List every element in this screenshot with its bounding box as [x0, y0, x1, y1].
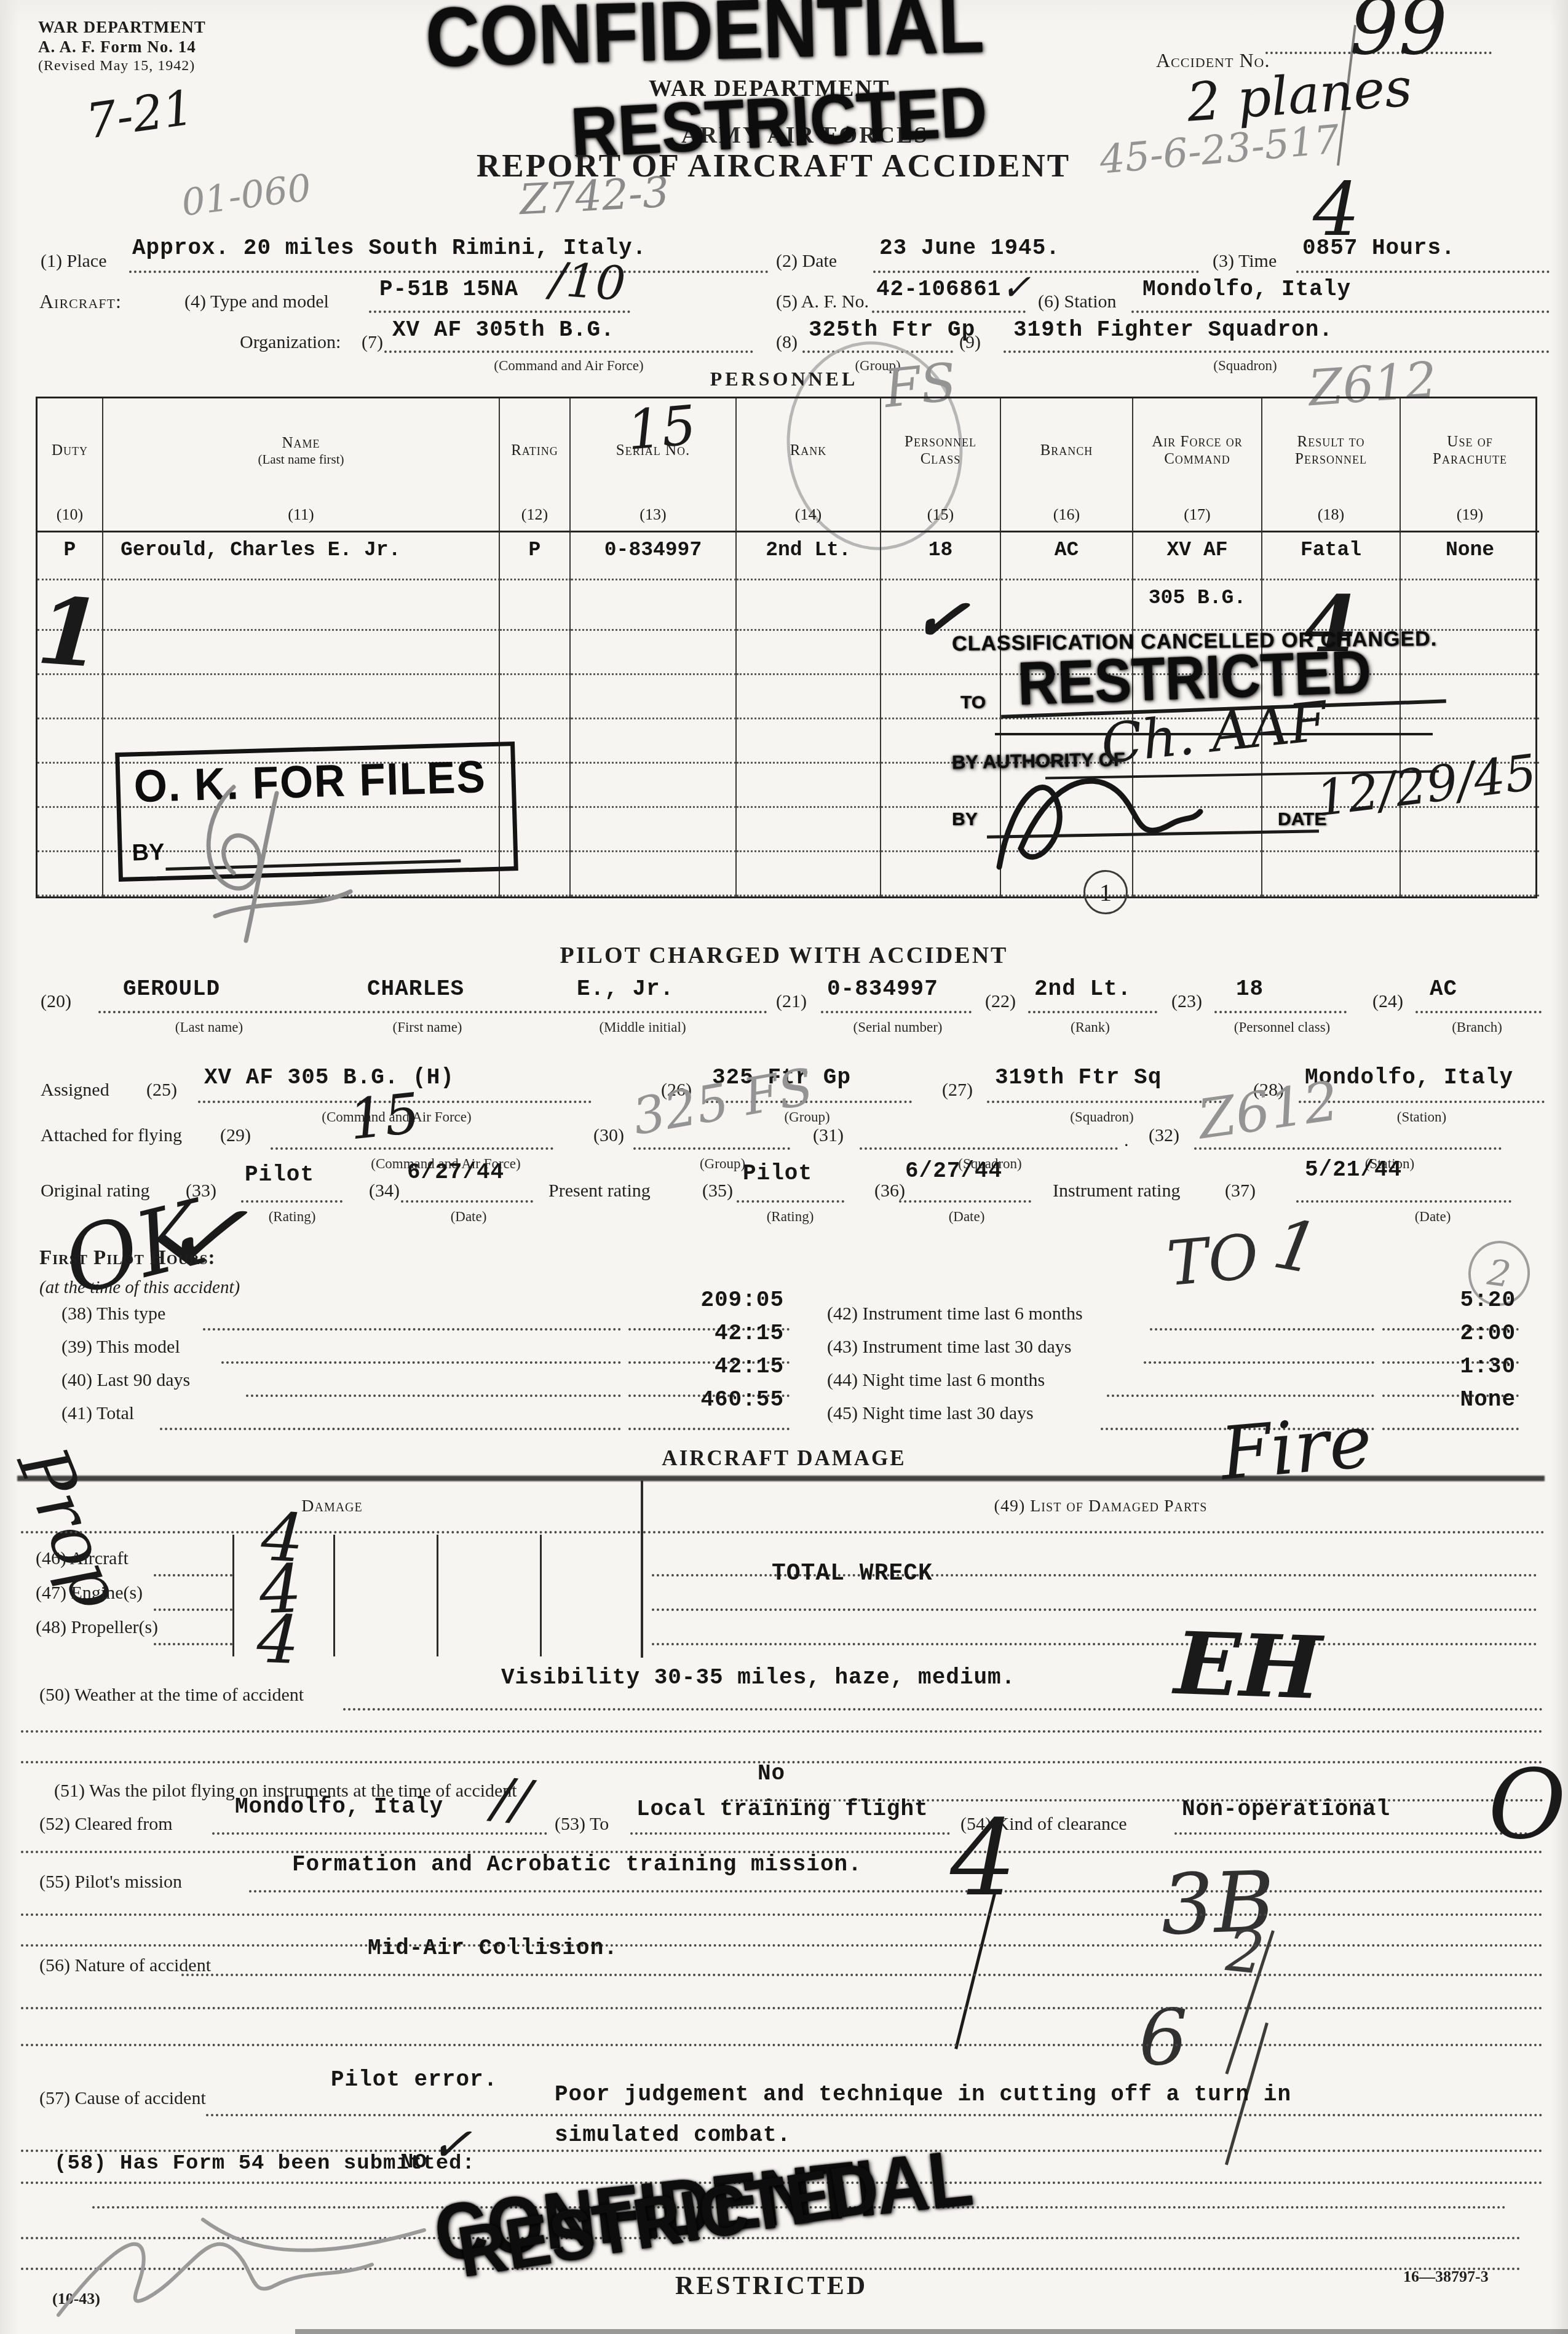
f52-line	[212, 1832, 547, 1835]
personnel-empty-cell	[737, 631, 881, 675]
col-label2: Class	[921, 451, 961, 468]
personnel-empty-cell	[737, 764, 881, 808]
pilot-rank: 2nd Lt.	[1034, 976, 1131, 1002]
personnel-empty-cell	[571, 675, 737, 719]
field-afno-line	[872, 311, 1026, 313]
f25-num: (25)	[146, 1080, 177, 1101]
field-station-line	[1131, 311, 1550, 313]
col-label2: Personnel	[1295, 451, 1367, 468]
f35-num: (35)	[702, 1181, 733, 1201]
f36-num: (36)	[874, 1181, 905, 1201]
f37-line	[1296, 1200, 1511, 1203]
field8-num: (8)	[776, 332, 798, 353]
form-id-number: A. A. F. Form No. 14	[38, 37, 206, 57]
f32-num: (32)	[1149, 1125, 1179, 1146]
field-time-label: (3) Time	[1213, 251, 1277, 272]
scanned-accident-report-page: WAR DEPARTMENT A. A. F. Form No. 14 (Rev…	[0, 0, 1568, 2334]
sub-34: (Date)	[413, 1209, 524, 1225]
row1-parachute: None	[1401, 532, 1539, 580]
f45-vdots	[1382, 1428, 1519, 1430]
f24-num: (24)	[1372, 991, 1403, 1012]
handwritten-type-suffix: /10	[548, 256, 627, 307]
pencil-to: TO	[1165, 1226, 1261, 1296]
f29-num: (29)	[220, 1125, 251, 1146]
scan-bottom-edge	[295, 2329, 1568, 2334]
field7-sublabel: (Command and Air Force)	[430, 358, 707, 374]
restricted-footer-text: RESTRICTED	[675, 2271, 868, 2301]
f43-value: 2:00	[1384, 1321, 1516, 1346]
sub-36: (Date)	[911, 1209, 1022, 1225]
sub-last-name: (Last name)	[132, 1019, 286, 1035]
col-name-num: (11)	[103, 503, 500, 532]
personnel-empty-cell	[1401, 675, 1539, 719]
ok-files-signature	[181, 772, 366, 950]
col-label: Air Force or	[1152, 433, 1242, 451]
damage-heavy-rule	[17, 1476, 1545, 1481]
field-station-label: (6) Station	[1038, 291, 1117, 312]
row47-dots	[154, 1608, 232, 1611]
f56-label: (56) Nature of accident	[39, 1955, 211, 1976]
f58-value: NO	[401, 2151, 427, 2174]
f53-line	[630, 1832, 950, 1835]
f52-handwritten-marks: //	[490, 1770, 533, 1829]
col-label2: Command	[1164, 451, 1230, 468]
weather-label: (50) Weather at the time of accident	[39, 1685, 304, 1706]
row1-class: 18	[881, 532, 1001, 580]
sub-35: (Rating)	[735, 1209, 845, 1225]
damaged-parts-value: TOTAL WRECK	[772, 1561, 933, 1587]
f38-dots	[203, 1328, 621, 1331]
f52-value: Mondolfo, Italy	[235, 1794, 443, 1819]
handwritten-duty-1: 1	[34, 585, 105, 681]
f44-dots	[1107, 1394, 1374, 1397]
pencil-case-date-code: 45-6-23-517	[1098, 120, 1341, 180]
field-afno-label: (5) A. F. No.	[776, 291, 869, 312]
footer-print-code-right: 16—38797-3	[1403, 2268, 1489, 2286]
personnel-empty-cell	[38, 764, 103, 808]
col-name-header: Name(Last name first)	[103, 398, 500, 503]
present-rating-date: 6/27/44	[905, 1158, 1002, 1184]
pilot-middle-initial: E., Jr.	[577, 976, 674, 1002]
f56-line	[181, 1974, 1543, 1976]
f22-line	[1028, 1011, 1157, 1013]
row2-parachute	[1401, 580, 1539, 631]
f54-value: Non-operational	[1182, 1797, 1390, 1822]
col-serial-num: (13)	[571, 503, 737, 532]
field-type-label: (4) Type and model	[184, 291, 329, 312]
accident-no-handwritten: 99	[1350, 0, 1447, 66]
row2-result: 4	[1262, 580, 1401, 631]
f57-label: (57) Cause of accident	[39, 2088, 206, 2109]
f31-line	[860, 1147, 1118, 1150]
f39-dots	[221, 1361, 621, 1364]
row1-duty: P	[38, 532, 103, 580]
f27-line	[987, 1101, 1227, 1103]
f43-label: (43) Instrument time last 30 days	[827, 1337, 1071, 1358]
field-date-value: 23 June 1945.	[879, 235, 1060, 261]
damage-subline-4	[540, 1535, 542, 1656]
f54-line	[1174, 1832, 1537, 1835]
pencil-6: 6	[1139, 2000, 1188, 2076]
blank-line-1	[21, 1730, 1543, 1733]
field-time-line	[1296, 271, 1550, 273]
personnel-empty-cell	[881, 808, 1001, 852]
handwritten-check-ratings: ✓	[156, 1181, 251, 1291]
personnel-empty-cell	[38, 808, 103, 852]
personnel-empty-cell	[1401, 852, 1539, 896]
personnel-empty-cell	[38, 719, 103, 764]
pencil-file-number: 01-060	[180, 169, 313, 221]
col-rating-num: (12)	[500, 503, 571, 532]
f20-line	[98, 1011, 767, 1013]
page-title: REPORT OF AIRCRAFT ACCIDENT	[477, 148, 1071, 184]
f37-num: (37)	[1225, 1181, 1256, 1201]
handwritten-corner-code: 7-21	[83, 84, 196, 146]
field-date-label: (2) Date	[776, 251, 837, 272]
sub-class: (Personnel class)	[1202, 1019, 1362, 1035]
damage-header-rule-right	[643, 1531, 1545, 1533]
f42-dots	[1150, 1328, 1374, 1331]
f23-line	[1214, 1011, 1347, 1013]
attached-label: Attached for flying	[41, 1125, 182, 1146]
f41-label: (41) Total	[61, 1403, 134, 1424]
f41-value: 460:55	[627, 1387, 784, 1412]
personnel-empty-cell	[737, 808, 881, 852]
weather-line	[343, 1708, 1543, 1711]
field9-num: (9)	[959, 332, 981, 353]
damage-header-rule-left	[21, 1531, 641, 1533]
col-class-num: (15)	[881, 503, 1001, 532]
attached-group-pencil: 325 FS	[629, 1062, 817, 1143]
field-station-value: Mondolfo, Italy	[1142, 277, 1351, 302]
pilot-serial: 0-834997	[827, 976, 938, 1002]
row2-branch	[1001, 580, 1133, 631]
col-label: Personnel	[905, 433, 976, 451]
form-id-block: WAR DEPARTMENT A. A. F. Form No. 14 (Rev…	[38, 17, 206, 75]
pilot-class: 18	[1236, 976, 1264, 1002]
f58-checkmark: ✓	[429, 2119, 473, 2170]
row1-result: Fatal	[1262, 532, 1401, 580]
f52-label: (52) Cleared from	[39, 1814, 173, 1835]
col-label: Name	[282, 435, 320, 452]
sub-branch: (Branch)	[1409, 1019, 1545, 1035]
assigned-label: Assigned	[41, 1080, 109, 1101]
f45-label: (45) Night time last 30 days	[827, 1403, 1034, 1424]
present-rating-label: Present rating	[548, 1181, 651, 1201]
pilot-section-title: PILOT CHARGED WITH ACCIDENT	[560, 942, 1008, 969]
personnel-empty-cell	[737, 852, 881, 896]
row1-rating: P	[500, 532, 571, 580]
row1-rank: 2nd Lt.	[737, 532, 881, 580]
personnel-empty-cell	[737, 719, 881, 764]
form-id-dept: WAR DEPARTMENT	[38, 17, 206, 37]
field-afno-value: 42-106861	[876, 277, 1001, 302]
f44-label: (44) Night time last 6 months	[827, 1370, 1045, 1391]
row47-label: (47) Engine(s)	[36, 1583, 143, 1604]
confidential-stamp-top: CONFIDENTIAL	[424, 0, 984, 79]
field-type-value: P-51B 15NA	[379, 277, 518, 302]
row47-parts-dots	[652, 1608, 1537, 1611]
damage-divider	[641, 1481, 643, 1658]
f57-value-1: Pilot error.	[331, 2067, 497, 2092]
personnel-title: PERSONNEL	[710, 368, 858, 390]
damage-subline-1	[232, 1535, 234, 1656]
f39-value: 42:15	[627, 1321, 784, 1346]
personnel-empty-cell	[571, 764, 737, 808]
personnel-empty-cell	[500, 675, 571, 719]
assigned-squadron: 319th Ftr Sq	[995, 1065, 1162, 1090]
row48-label: (48) Propeller(s)	[36, 1617, 158, 1638]
row48-parts-dots	[652, 1643, 1537, 1645]
by-label: BY	[952, 810, 978, 829]
row1-command: XV AF	[1133, 532, 1262, 580]
row46-dots	[154, 1574, 232, 1576]
col-serial-header: Serial No.	[571, 398, 737, 503]
pilot-branch: AC	[1430, 976, 1457, 1002]
personnel-empty-cell	[571, 852, 737, 896]
orig-rating-value: Pilot	[245, 1162, 314, 1187]
f35-line	[737, 1200, 844, 1203]
inst-rating-date: 5/21/44	[1305, 1157, 1402, 1182]
handwritten-o: O	[1488, 1757, 1566, 1853]
sub-middle-initial: (Middle initial)	[556, 1019, 729, 1035]
f38-label: (38) This type	[61, 1303, 165, 1324]
f39-label: (39) This model	[61, 1337, 180, 1358]
f41-vdots	[628, 1428, 790, 1430]
f22-num: (22)	[985, 991, 1016, 1012]
f55-line	[249, 1890, 1543, 1893]
col-sublabel: (Last name first)	[258, 452, 344, 467]
row2-serial	[571, 580, 737, 631]
field-time-value: 0857 Hours.	[1302, 235, 1455, 261]
f55-value: Formation and Acrobatic training mission…	[292, 1852, 862, 1877]
col-branch-header: Branch	[1001, 398, 1133, 503]
personnel-empty-cell	[571, 808, 737, 852]
f53-value: Local training flight	[636, 1797, 929, 1822]
f20-num: (20)	[41, 991, 71, 1012]
col-label: Result to	[1297, 433, 1365, 451]
f29-line	[271, 1147, 553, 1150]
row2-rating	[500, 580, 571, 631]
f21-num: (21)	[776, 991, 807, 1012]
field-type-line	[369, 311, 630, 313]
personnel-empty-cell	[571, 719, 737, 764]
field-place-line	[129, 271, 769, 273]
f57-value-3: simulated combat.	[555, 2122, 791, 2148]
row2-class: ✓	[881, 580, 1001, 631]
attached-station-pencil: Z612	[1195, 1074, 1342, 1147]
f34-line	[401, 1200, 533, 1203]
bottom-pencil-signature	[46, 2192, 440, 2330]
f40-dots	[246, 1394, 621, 1397]
sub-rank: (Rank)	[1020, 1019, 1161, 1035]
col-rating-header: Rating	[500, 398, 571, 503]
f24-line	[1416, 1011, 1542, 1013]
f40-label: (40) Last 90 days	[61, 1370, 190, 1391]
f32-line	[1194, 1147, 1502, 1150]
col-rank-header: Rank	[737, 398, 881, 503]
ok-files-by-label: BY	[132, 841, 165, 864]
f42-value: 5:20	[1384, 1288, 1516, 1313]
f57-line-1	[206, 2114, 1543, 2116]
handwritten-four-mission: 4	[950, 1806, 1016, 1911]
field-place-label: (1) Place	[41, 251, 106, 272]
personnel-empty-cell	[38, 852, 103, 896]
f38-value: 209:05	[627, 1288, 784, 1313]
col-command-header: Air Force orCommand	[1133, 398, 1262, 503]
field7-num: (7)	[362, 332, 383, 353]
f23-num: (23)	[1171, 991, 1202, 1012]
inst-rating-label: Instrument rating	[1053, 1181, 1180, 1201]
field7-value: XV AF 305th B.G.	[392, 317, 615, 342]
col-rank-num: (14)	[737, 503, 881, 532]
f27-num: (27)	[942, 1080, 973, 1101]
personnel-empty-cell	[500, 631, 571, 675]
classification-to-label: TO	[960, 694, 986, 712]
damage-mark-propeller: 4	[256, 1607, 300, 1674]
f53-label: (53) To	[555, 1814, 609, 1835]
field8-value: 325th Ftr Gp	[809, 317, 975, 342]
row2-duty: 1	[38, 580, 103, 631]
blank-line-7	[21, 2044, 1543, 2046]
col-label: Use of	[1447, 433, 1492, 451]
sub-28: (Station)	[1342, 1109, 1502, 1125]
col-label: Duty	[52, 442, 88, 459]
damage-title: AIRCRAFT DAMAGE	[662, 1446, 906, 1471]
damage-subline-2	[333, 1535, 335, 1656]
f36-line	[899, 1200, 1031, 1203]
damage-col-header: Damage	[148, 1497, 517, 1516]
f51-value: No	[758, 1761, 785, 1786]
col-label2: Parachute	[1433, 451, 1507, 468]
pencil-one: 1	[1269, 1209, 1324, 1285]
field7-line	[384, 350, 753, 353]
organization-label: Organization:	[240, 332, 341, 353]
handwritten-eh: EH	[1173, 1621, 1323, 1712]
sub-37: (Date)	[1377, 1209, 1488, 1225]
f21-line	[821, 1011, 972, 1013]
circled-one: 1	[1083, 870, 1128, 914]
blank-line-6	[21, 2007, 1543, 2009]
attached-command-hw: 15	[347, 1086, 422, 1148]
sub-serial: (Serial number)	[818, 1019, 978, 1035]
personnel-empty-cell	[881, 852, 1001, 896]
field-date-line	[873, 271, 1199, 273]
row48-dots	[154, 1643, 232, 1645]
present-rating-value: Pilot	[743, 1161, 812, 1186]
row2-command: 305 B.G.	[1133, 580, 1262, 631]
personnel-empty-cell	[571, 631, 737, 675]
f34-num: (34)	[369, 1181, 400, 1201]
sub-33: (Rating)	[240, 1209, 344, 1225]
pilot-first-name: CHARLES	[367, 976, 464, 1002]
f31-period: .	[1124, 1130, 1129, 1151]
f30-num: (30)	[593, 1125, 624, 1146]
row46-label: (46) Aircraft	[36, 1548, 129, 1569]
col-branch-num: (16)	[1001, 503, 1133, 532]
hours-title: First Pilot Hours:	[39, 1247, 216, 1270]
personnel-empty-cell	[737, 675, 881, 719]
hours-subtitle: (at the time of this accident)	[39, 1278, 240, 1298]
col-command-num: (17)	[1133, 503, 1262, 532]
f41-dots	[160, 1428, 621, 1430]
col-label: Rating	[511, 442, 558, 459]
handwritten-two-planes: 2 planes	[1185, 61, 1413, 129]
f56-value: Mid-Air Collision.	[368, 1936, 618, 1961]
col-parachute-header: Use ofParachute	[1401, 398, 1539, 503]
f45-value: None	[1384, 1387, 1516, 1412]
row2-rank	[737, 580, 881, 631]
pilot-last-name: GEROULD	[123, 976, 220, 1002]
col-label: Rank	[790, 442, 827, 459]
row1-serial: 0-834997	[571, 532, 737, 580]
sub-first-name: (First name)	[350, 1019, 504, 1035]
col-class-header: PersonnelClass	[881, 398, 1001, 503]
blank-line-5	[21, 1944, 1543, 1947]
col-duty-num: (10)	[38, 503, 103, 532]
f30-line	[633, 1147, 790, 1150]
assigned-command: XV AF 305 B.G. (H)	[204, 1065, 454, 1090]
field9-value: 319th Fighter Squadron.	[1013, 317, 1333, 342]
row1-name: Gerould, Charles E. Jr.	[103, 532, 500, 580]
damage-subline-3	[437, 1535, 438, 1656]
f44-value: 1:30	[1384, 1354, 1516, 1379]
f42-label: (42) Instrument time last 6 months	[827, 1303, 1083, 1324]
f57-value-2: Poor judgement and technique in cutting …	[555, 2082, 1291, 2107]
col-duty-header: Duty	[38, 398, 103, 503]
col-parachute-num: (19)	[1401, 503, 1539, 532]
damaged-parts-col-header: (49) List of Damaged Parts	[676, 1497, 1525, 1516]
personnel-empty-cell	[103, 675, 500, 719]
f40-value: 42:15	[627, 1354, 784, 1379]
col-label: Serial No.	[616, 442, 690, 459]
personnel-empty-cell	[103, 631, 500, 675]
f33-line	[241, 1200, 343, 1203]
row2-name	[103, 580, 500, 631]
aircraft-label: Aircraft:	[39, 290, 122, 313]
form-id-revised: (Revised May 15, 1942)	[38, 57, 206, 75]
orig-rating-date: 6/27/44	[407, 1160, 504, 1185]
personnel-empty-cell	[1262, 852, 1401, 896]
col-result-header: Result toPersonnel	[1262, 398, 1401, 503]
afno-checkmark: ✓	[1001, 269, 1031, 305]
row1-branch: AC	[1001, 532, 1133, 580]
sub-27: (Squadron)	[1010, 1109, 1194, 1125]
weather-value: Visibility 30-35 miles, haze, medium.	[501, 1665, 1015, 1690]
f31-num: (31)	[813, 1125, 844, 1146]
blank-line-4	[21, 1913, 1543, 1916]
col-label: Branch	[1040, 442, 1093, 459]
field9-line	[1004, 350, 1550, 353]
col-result-num: (18)	[1262, 503, 1401, 532]
f55-label: (55) Pilot's mission	[39, 1872, 182, 1893]
f43-dots	[1144, 1361, 1374, 1364]
